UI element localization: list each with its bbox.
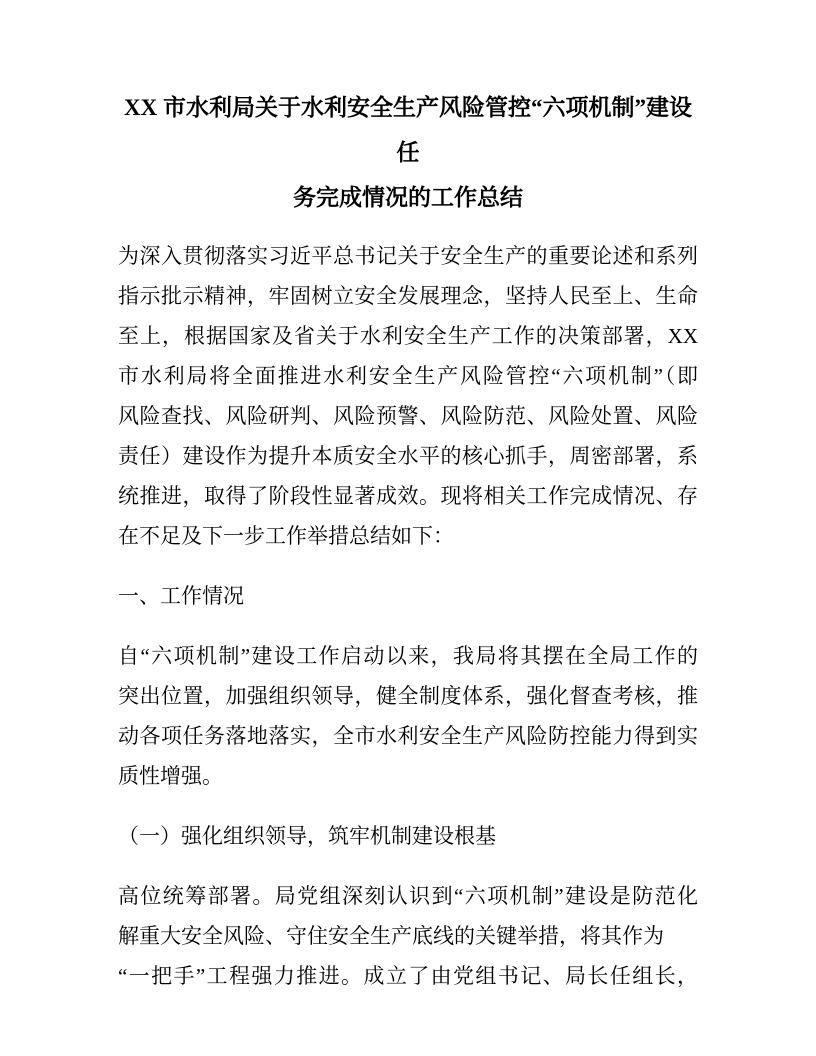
text-line: 突出位置，加强组织领导，健全制度体系，强化督查考核，推: [118, 676, 698, 716]
text-line: 动各项任务落地落实，全市水利安全生产风险防控能力得到实: [118, 716, 698, 756]
paragraph: 高位统筹部署。局党组深刻认识到“六项机制”建设是防范化解重大安全风险、守住安全生…: [118, 876, 698, 996]
title-line: XX 市水利局关于水利安全生产风险管控“六项机制”建设任: [118, 85, 698, 175]
text-line: 高位统筹部署。局党组深刻认识到“六项机制”建设是防范化: [118, 876, 698, 916]
text-line: 一、工作情况: [118, 576, 698, 616]
document-body: 为深入贯彻落实习近平总书记关于安全生产的重要论述和系列指示批示精神，牢固树立安全…: [118, 236, 698, 996]
text-line: 风险查找、风险研判、风险预警、风险防范、风险处置、风险: [118, 396, 698, 436]
heading: 一、工作情况: [118, 576, 698, 616]
document-title: XX 市水利局关于水利安全生产风险管控“六项机制”建设任务完成情况的工作总结: [118, 85, 698, 220]
text-line: 质性增强。: [118, 756, 698, 796]
text-line: 解重大安全风险、守住安全生产底线的关键举措，将其作为: [118, 916, 698, 956]
document-page: XX 市水利局关于水利安全生产风险管控“六项机制”建设任务完成情况的工作总结 为…: [0, 0, 816, 1056]
paragraph: 为深入贯彻落实习近平总书记关于安全生产的重要论述和系列指示批示精神，牢固树立安全…: [118, 236, 698, 556]
text-line: 指示批示精神，牢固树立安全发展理念，坚持人民至上、生命: [118, 276, 698, 316]
text-line: （一）强化组织领导，筑牢机制建设根基: [118, 816, 698, 856]
title-line: 务完成情况的工作总结: [118, 175, 698, 220]
text-line: 统推进，取得了阶段性显著成效。现将相关工作完成情况、存: [118, 476, 698, 516]
text-line: 至上，根据国家及省关于水利安全生产工作的决策部署，XX: [118, 316, 698, 356]
text-line: 在不足及下一步工作举措总结如下：: [118, 516, 698, 556]
heading: （一）强化组织领导，筑牢机制建设根基: [118, 816, 698, 856]
text-line: “一把手”工程强力推进。成立了由党组书记、局长任组长，: [118, 956, 698, 996]
paragraph: 自“六项机制”建设工作启动以来，我局将其摆在全局工作的突出位置，加强组织领导，健…: [118, 636, 698, 796]
text-line: 市水利局将全面推进水利安全生产风险管控“六项机制”（即: [118, 356, 698, 396]
text-line: 为深入贯彻落实习近平总书记关于安全生产的重要论述和系列: [118, 236, 698, 276]
text-line: 责任）建设作为提升本质安全水平的核心抓手，周密部署，系: [118, 436, 698, 476]
text-line: 自“六项机制”建设工作启动以来，我局将其摆在全局工作的: [118, 636, 698, 676]
